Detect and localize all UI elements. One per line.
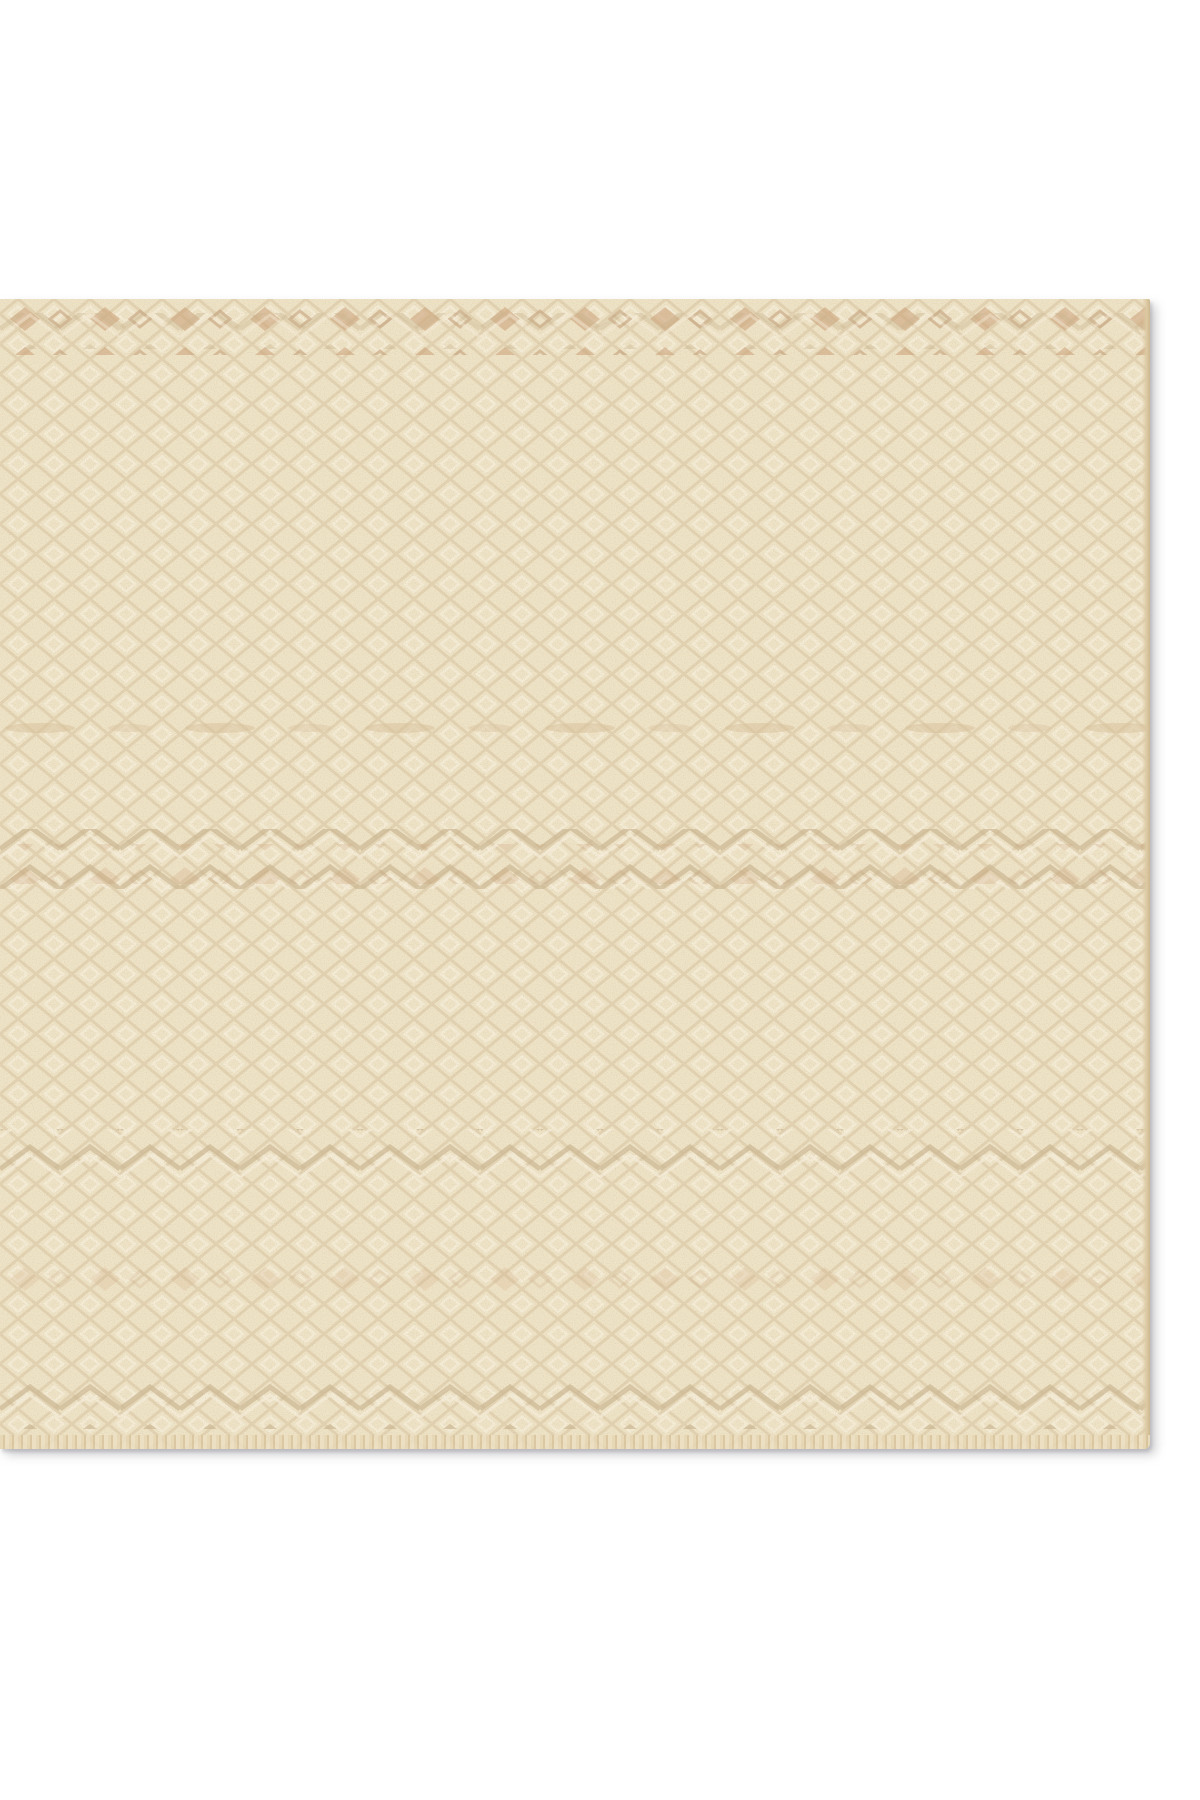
- rug-bottom-edge: [0, 1435, 1150, 1449]
- rug-texture: [0, 299, 1150, 1449]
- rug-right-edge: [1142, 299, 1150, 1449]
- rug-photo: [0, 299, 1150, 1449]
